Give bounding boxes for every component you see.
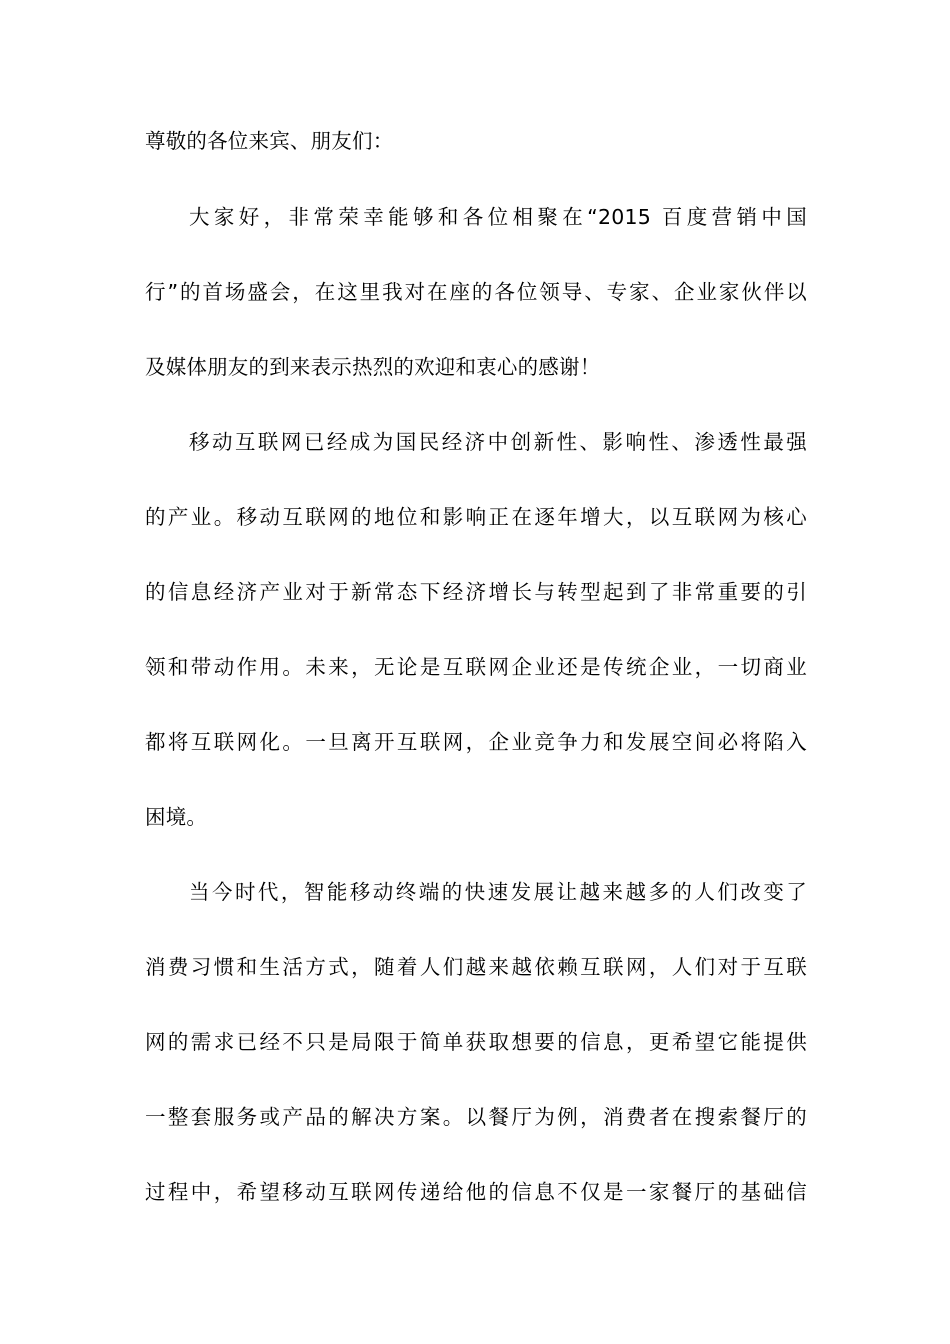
paragraph-line: 及媒体朋友的到来表示热烈的欢迎和衷心的感谢！ xyxy=(145,352,807,382)
paragraph-line: 的产业。移动互联网的地位和影响正在逐年增大，以互联网为核心 xyxy=(145,502,807,532)
paragraph-line: 过程中，希望移动互联网传递给他的信息不仅是一家餐厅的基础信 xyxy=(145,1177,807,1207)
paragraph-line: 消费习惯和生活方式，随着人们越来越依赖互联网，人们对于互联 xyxy=(145,952,807,982)
paragraph-line: 都将互联网化。一旦离开互联网，企业竞争力和发展空间必将陷入 xyxy=(145,727,807,757)
paragraph-line: 大家好，非常荣幸能够和各位相聚在“2015 百度营销中国 xyxy=(189,202,807,232)
paragraph-line: 的信息经济产业对于新常态下经济增长与转型起到了非常重要的引 xyxy=(145,577,807,607)
paragraph-line: 行”的首场盛会，在这里我对在座的各位领导、专家、企业家伙伴以 xyxy=(145,277,807,307)
paragraph-line: 当今时代，智能移动终端的快速发展让越来越多的人们改变了 xyxy=(189,877,807,907)
salutation: 尊敬的各位来宾、朋友们： xyxy=(145,126,807,156)
paragraph-line: 领和带动作用。未来，无论是互联网企业还是传统企业，一切商业 xyxy=(145,652,807,682)
paragraph-line: 困境。 xyxy=(145,802,807,832)
paragraph-line: 一整套服务或产品的解决方案。以餐厅为例，消费者在搜索餐厅的 xyxy=(145,1102,807,1132)
document-page: 尊敬的各位来宾、朋友们： 大家好，非常荣幸能够和各位相聚在“2015 百度营销中… xyxy=(0,0,950,1344)
paragraph-line: 网的需求已经不只是局限于简单获取想要的信息，更希望它能提供 xyxy=(145,1027,807,1057)
paragraph-line: 移动互联网已经成为国民经济中创新性、影响性、渗透性最强 xyxy=(189,427,807,457)
